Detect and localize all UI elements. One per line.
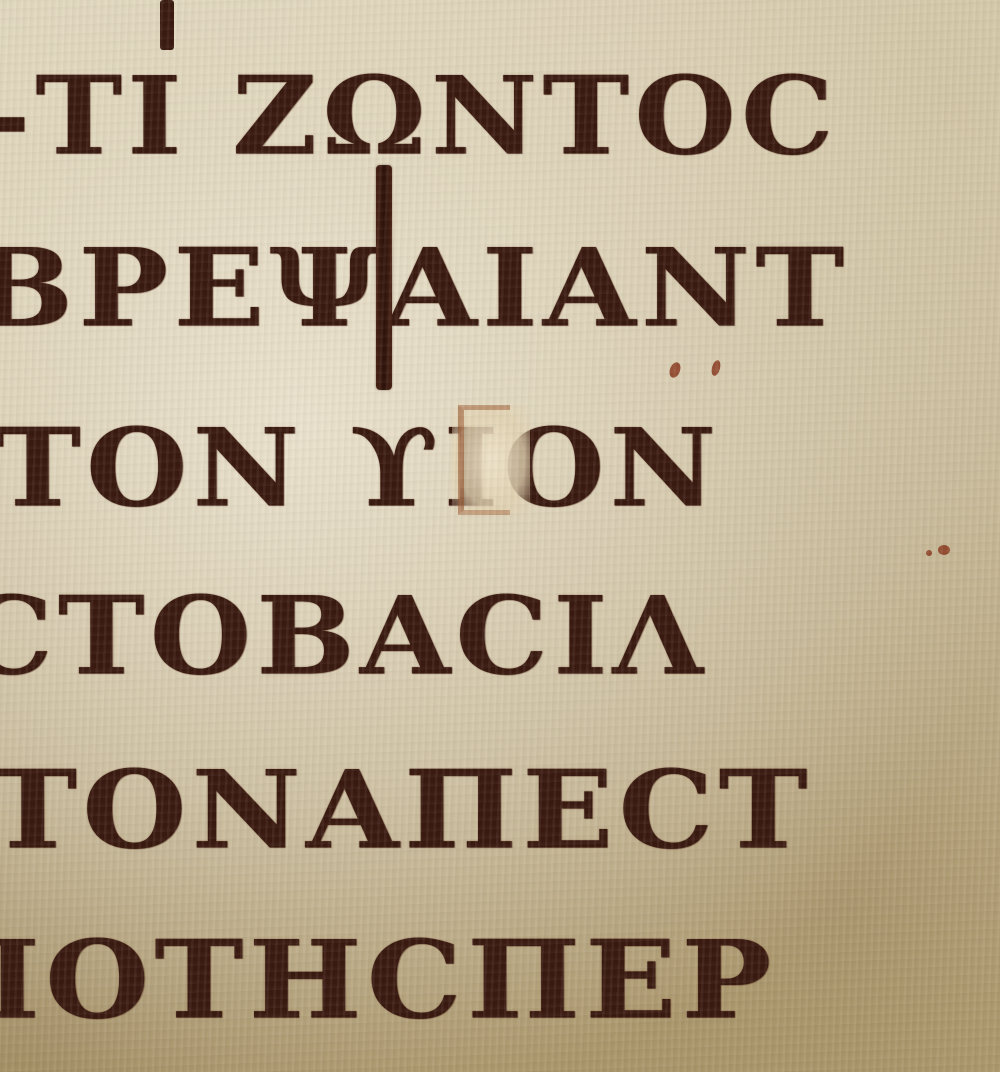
ink-stain bbox=[938, 545, 950, 555]
manuscript-line-1: -ΤΙ ΖΩΝΤΟϹ bbox=[0, 53, 838, 180]
diaeresis-dot bbox=[710, 359, 722, 377]
manuscript-line-3: ΤΟΝ ϒΙΟΝ bbox=[0, 405, 721, 532]
manuscript-line-5: ΤΟΝΑΠΕϹΤ bbox=[0, 747, 813, 874]
manuscript-line-4: ϹΤΟΒΑϹΙΛ bbox=[0, 573, 708, 700]
erased-letter bbox=[452, 405, 530, 515]
ascender-stroke bbox=[160, 0, 174, 50]
psi-vertical-stroke bbox=[376, 165, 392, 390]
manuscript-line-6: ΙΟΤΗϹΠΕΡ bbox=[0, 917, 776, 1044]
diaeresis-dot bbox=[668, 361, 683, 379]
manuscript-photo: -ΤΙ ΖΩΝΤΟϹ ΒΡΕΨΑΙΑΝΤ ΤΟΝ ϒΙΟΝ ϹΤΟΒΑϹΙΛ Τ… bbox=[0, 0, 1000, 1072]
manuscript-line-2: ΒΡΕΨΑΙΑΝΤ bbox=[0, 225, 849, 352]
ink-stain bbox=[926, 550, 932, 556]
